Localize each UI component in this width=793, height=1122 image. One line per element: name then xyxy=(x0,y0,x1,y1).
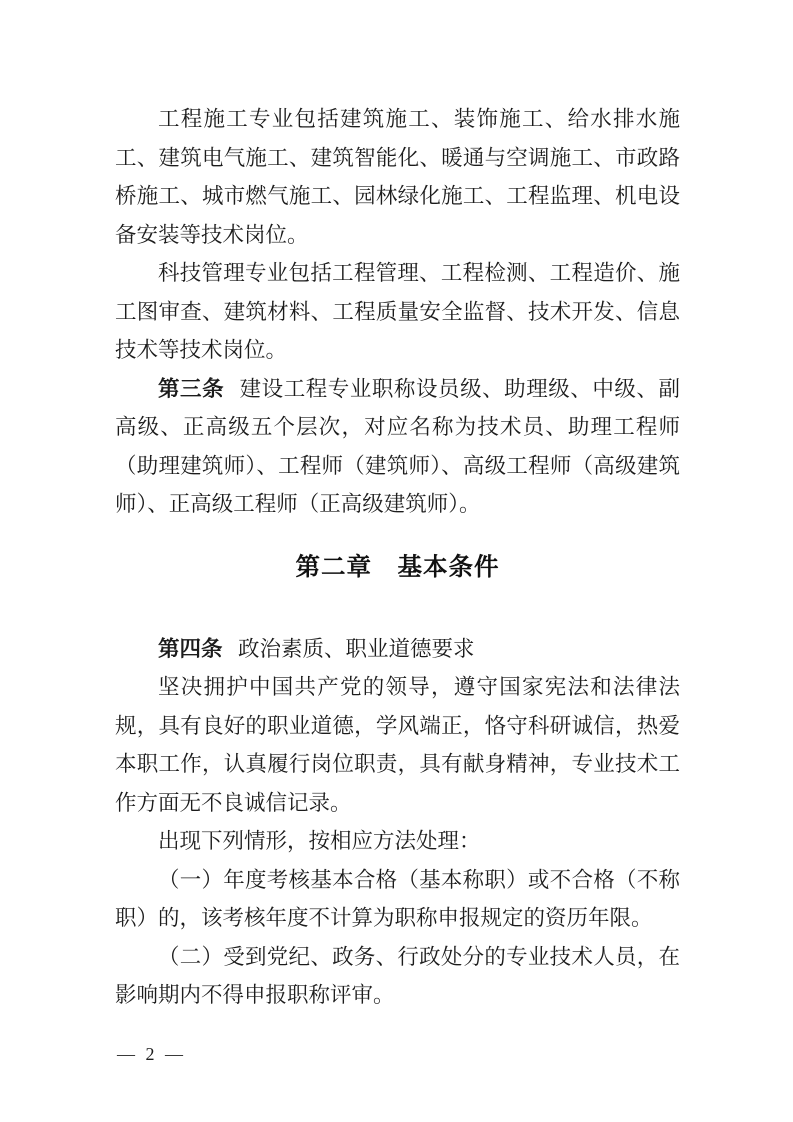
paragraph-political-quality: 坚决拥护中国共产党的领导，遵守国家宪法和法律法规，具有良好的职业道德，学风端正，… xyxy=(115,668,680,822)
paragraph-text: 政治素质、职业道德要求 xyxy=(238,637,475,661)
article-number-label: 第四条 xyxy=(158,637,223,661)
page-number: — 2 — xyxy=(115,1041,680,1067)
chapter-heading: 第二章 基本条件 xyxy=(115,550,680,586)
paragraph-tech-management: 科技管理专业包括工程管理、工程检测、工程造价、施工图审查、建筑材料、工程质量安全… xyxy=(115,254,680,370)
document-page: 工程施工专业包括建筑施工、装饰施工、给水排水施工、建筑电气施工、建筑智能化、暖通… xyxy=(0,0,793,1122)
paragraph-situations-intro: 出现下列情形，按相应方法处理： xyxy=(115,822,680,861)
paragraph-article-4: 第四条政治素质、职业道德要求 xyxy=(115,630,680,669)
paragraph-item-2: （二）受到党纪、政务、行政处分的专业技术人员，在影响期内不得申报职称评审。 xyxy=(115,938,680,1015)
paragraph-text: （一）年度考核基本合格（基本称职）或不合格（不称职）的，该考核年度不计算为职称申… xyxy=(115,868,680,931)
paragraph-text: 工程施工专业包括建筑施工、装饰施工、给水排水施工、建筑电气施工、建筑智能化、暖通… xyxy=(115,107,680,247)
paragraph-text: （二）受到党纪、政务、行政处分的专业技术人员，在影响期内不得申报职称评审。 xyxy=(115,945,680,1008)
paragraph-text: 科技管理专业包括工程管理、工程检测、工程造价、施工图审查、建筑材料、工程质量安全… xyxy=(115,261,680,362)
paragraph-item-1: （一）年度考核基本合格（基本称职）或不合格（不称职）的，该考核年度不计算为职称申… xyxy=(115,861,680,938)
paragraph-engineering-construction: 工程施工专业包括建筑施工、装饰施工、给水排水施工、建筑电气施工、建筑智能化、暖通… xyxy=(115,100,680,254)
article-number-label: 第三条 xyxy=(158,377,224,401)
paragraph-article-3: 第三条建设工程专业职称设员级、助理级、中级、副高级、正高级五个层次，对应名称为技… xyxy=(115,370,680,524)
paragraph-text: 坚决拥护中国共产党的领导，遵守国家宪法和法律法规，具有良好的职业道德，学风端正，… xyxy=(115,675,680,815)
paragraph-text: 出现下列情形，按相应方法处理： xyxy=(158,829,481,853)
